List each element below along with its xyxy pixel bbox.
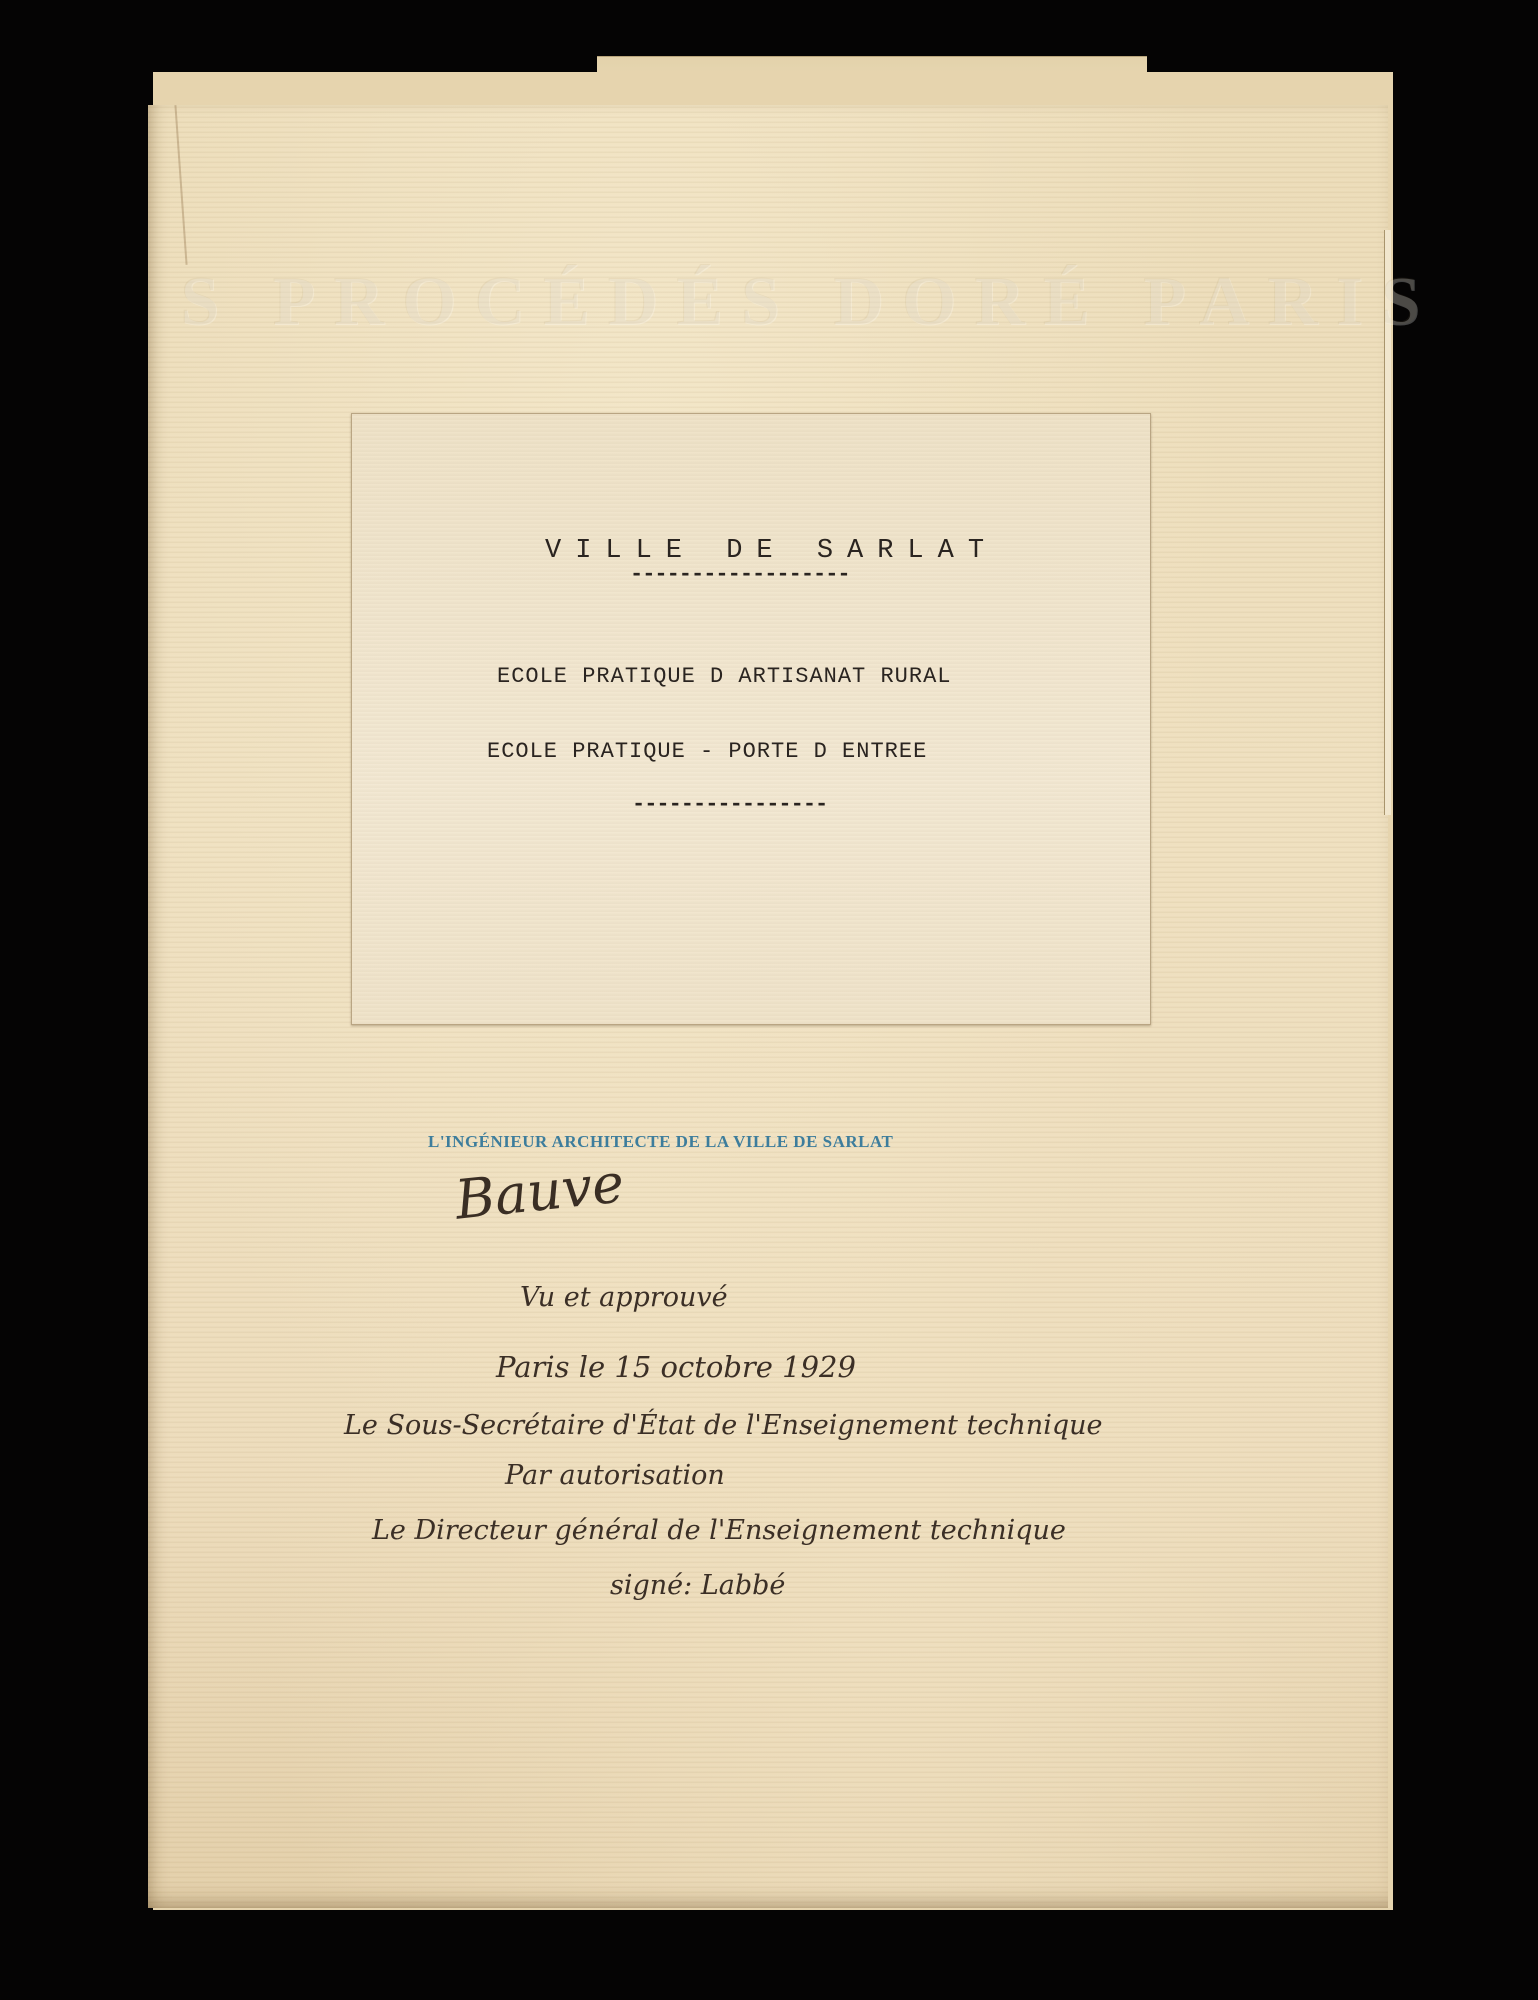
approval-line-6: signé: Labbé <box>610 1570 785 1601</box>
label-bottom-rule: ---------------- <box>632 792 827 817</box>
pasted-label-card: VILLE DE SARLAT ------------------ ECOLE… <box>351 413 1151 1025</box>
label-title-rule: ------------------ <box>630 562 850 587</box>
label-school-name: ECOLE PRATIQUE D ARTISANAT RURAL <box>497 664 951 689</box>
approval-line-5: Le Directeur général de l'Enseignement t… <box>372 1515 1066 1546</box>
approval-line-3: Le Sous-Secrétaire d'État de l'Enseignem… <box>344 1410 1102 1441</box>
label-subject: ECOLE PRATIQUE - PORTE D ENTREE <box>487 739 927 764</box>
approval-line-1: Vu et approuvé <box>520 1282 728 1313</box>
approval-line-4: Par autorisation <box>505 1460 725 1491</box>
embossed-watermark: S PROCÉDÉS DORÉ PARIS <box>180 262 1380 342</box>
architect-stamp: L'INGÉNIEUR ARCHITECTE DE LA VILLE DE SA… <box>428 1132 893 1152</box>
approval-line-2: Paris le 15 octobre 1929 <box>496 1350 856 1384</box>
